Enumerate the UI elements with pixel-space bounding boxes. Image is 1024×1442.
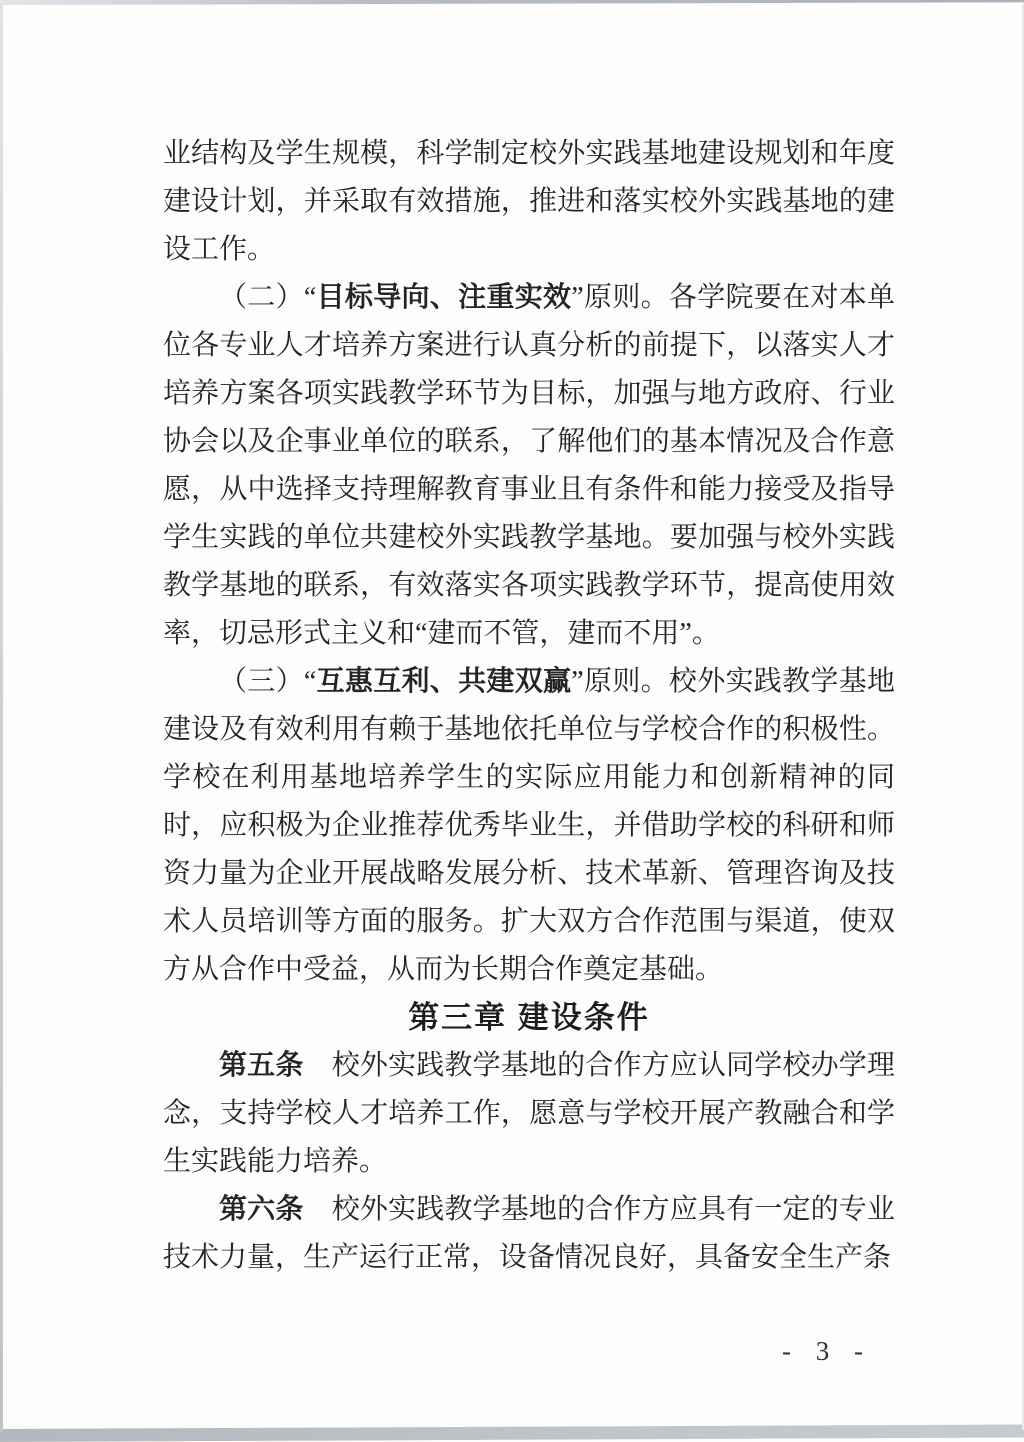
document-body: 业结构及学生规模，科学制定校外实践基地建设规划和年度建设计划，并采取有效措施，推… <box>163 130 895 1282</box>
scanned-page: 业结构及学生规模，科学制定校外实践基地建设规划和年度建设计划，并采取有效措施，推… <box>0 0 1024 1442</box>
body-text: ”原则。各学院要在对本单位各专业人才培养方案进行认真分析的前提下，以落实人才培养… <box>163 282 895 649</box>
emphasis-text: 第五条 <box>219 1050 304 1081</box>
chapter-heading: 第三章 建设条件 <box>163 994 895 1042</box>
emphasis-text: 第六条 <box>219 1194 304 1225</box>
paragraph: （二）“目标导向、注重实效”原则。各学院要在对本单位各专业人才培养方案进行认真分… <box>163 274 895 658</box>
paragraph: 业结构及学生规模，科学制定校外实践基地建设规划和年度建设计划，并采取有效措施，推… <box>163 130 895 274</box>
emphasis-text: 目标导向、注重实效 <box>316 282 571 313</box>
scan-edge-top <box>0 0 1024 5</box>
paragraph: （三）“互惠互利、共建双赢”原则。校外实践教学基地建设及有效利用有赖于基地依托单… <box>163 658 895 994</box>
scan-edge-left <box>0 4 3 1432</box>
scan-edge-bottom <box>0 1425 1024 1442</box>
page-number: - 3 - <box>782 1336 872 1367</box>
body-text: ”原则。校外实践教学基地建设及有效利用有赖于基地依托单位与学校合作的积极性。学校… <box>163 666 895 985</box>
paragraph: 第六条 校外实践教学基地的合作方应具有一定的专业技术力量，生产运行正常，设备情况… <box>163 1186 895 1282</box>
body-text: （二）“ <box>219 282 316 313</box>
emphasis-text: 互惠互利、共建双赢 <box>316 666 571 697</box>
paragraph: 第五条 校外实践教学基地的合作方应认同学校办学理念，支持学校人才培养工作，愿意与… <box>163 1042 895 1186</box>
body-text: （三）“ <box>219 666 316 697</box>
body-text: 业结构及学生规模，科学制定校外实践基地建设规划和年度建设计划，并采取有效措施，推… <box>163 138 895 265</box>
